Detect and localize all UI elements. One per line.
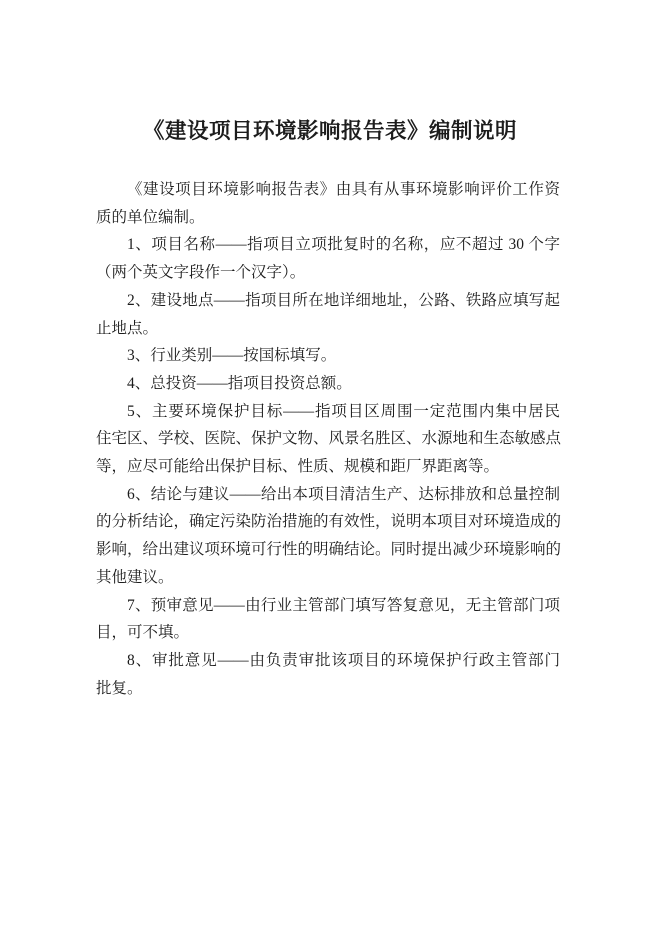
- paragraph-line: 批复。: [96, 675, 560, 703]
- paragraph: 6、结论与建议——给出本项目清洁生产、达标排放和总量控制的分析结论，确定污染防治…: [96, 481, 560, 592]
- paragraph: 1、项目名称——指项目立项批复时的名称，应不超过 30 个字（两个英文字段作一个…: [96, 231, 560, 286]
- paragraph-line: 8、审批意见——由负责审批该项目的环境保护行政主管部门: [96, 647, 560, 675]
- paragraph: 《建设项目环境影响报告表》由具有从事环境影响评价工作资质的单位编制。: [96, 176, 560, 231]
- paragraph-line: 等，应尽可能给出保护目标、性质、规模和距厂界距离等。: [96, 453, 560, 481]
- paragraph-line: 目，可不填。: [96, 619, 560, 647]
- paragraph-line: 4、总投资——指项目投资总额。: [96, 370, 560, 398]
- paragraph-line: 其他建议。: [96, 564, 560, 592]
- paragraph-line: 质的单位编制。: [96, 204, 560, 232]
- paragraph-line: 1、项目名称——指项目立项批复时的名称，应不超过 30 个字: [96, 231, 560, 259]
- paragraph-line: 6、结论与建议——给出本项目清洁生产、达标排放和总量控制: [96, 481, 560, 509]
- document-page: 《建设项目环境影响报告表》编制说明 《建设项目环境影响报告表》由具有从事环境影响…: [0, 0, 662, 936]
- paragraph-line: 影响，给出建议项环境可行性的明确结论。同时提出减少环境影响的: [96, 536, 560, 564]
- paragraph: 7、预审意见——由行业主管部门填写答复意见，无主管部门项目，可不填。: [96, 592, 560, 647]
- paragraph-line: 《建设项目环境影响报告表》由具有从事环境影响评价工作资: [96, 176, 560, 204]
- paragraph: 4、总投资——指项目投资总额。: [96, 370, 560, 398]
- document-body: 《建设项目环境影响报告表》由具有从事环境影响评价工作资质的单位编制。1、项目名称…: [96, 176, 560, 702]
- document-title: 《建设项目环境影响报告表》编制说明: [96, 116, 564, 146]
- paragraph: 8、审批意见——由负责审批该项目的环境保护行政主管部门批复。: [96, 647, 560, 702]
- paragraph: 5、主要环境保护目标——指项目区周围一定范围内集中居民住宅区、学校、医院、保护文…: [96, 398, 560, 481]
- paragraph-line: 2、建设地点——指项目所在地详细地址，公路、铁路应填写起: [96, 287, 560, 315]
- paragraph-line: （两个英文字段作一个汉字）。: [96, 259, 560, 287]
- paragraph-line: 止地点。: [96, 315, 560, 343]
- paragraph-line: 的分析结论，确定污染防治措施的有效性，说明本项目对环境造成的: [96, 508, 560, 536]
- paragraph: 3、行业类别——按国标填写。: [96, 342, 560, 370]
- paragraph-line: 住宅区、学校、医院、保护文物、风景名胜区、水源地和生态敏感点: [96, 425, 560, 453]
- paragraph: 2、建设地点——指项目所在地详细地址，公路、铁路应填写起止地点。: [96, 287, 560, 342]
- paragraph-line: 5、主要环境保护目标——指项目区周围一定范围内集中居民: [96, 398, 560, 426]
- paragraph-line: 3、行业类别——按国标填写。: [96, 342, 560, 370]
- paragraph-line: 7、预审意见——由行业主管部门填写答复意见，无主管部门项: [96, 592, 560, 620]
